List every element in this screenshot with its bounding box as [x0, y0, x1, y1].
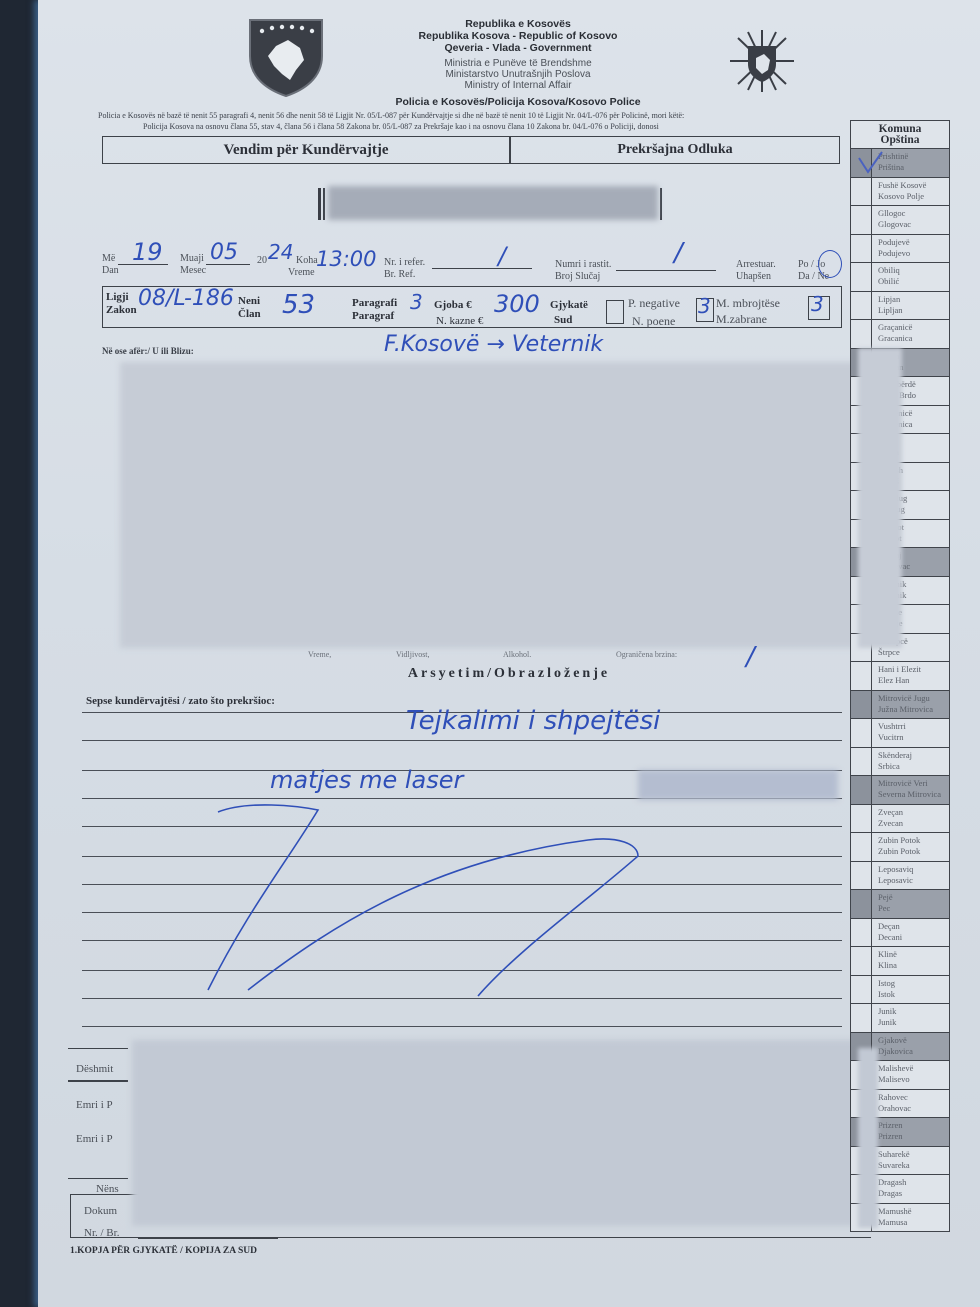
municipality-name: ZveçanZvecan — [872, 805, 903, 833]
visibility-label: Vidljivost, — [396, 650, 430, 660]
barcode-redacted — [318, 184, 664, 222]
title-albanian: Vendim për Kundërvajtje — [103, 143, 509, 157]
paragraph-value[interactable]: 3 — [410, 290, 423, 314]
republic-name-translated: Republika Kosova - Republic of Kosovo — [368, 30, 668, 42]
arrested-no-circle — [818, 250, 842, 278]
municipality-checkbox[interactable] — [851, 1004, 872, 1032]
municipality-name: JunikJunik — [872, 1004, 896, 1032]
municipality-item[interactable]: Hani i ElezitElez Han — [851, 661, 949, 690]
weather-label: Vreme, — [308, 650, 331, 660]
police-name: Policia e Kosovës/Policija Kosova/Kosovo… — [368, 96, 668, 108]
location-value[interactable]: F.Kosovë → Veternik — [384, 332, 603, 357]
municipality-checkbox[interactable] — [851, 976, 872, 1004]
kosovo-police-badge-icon — [724, 28, 800, 94]
municipality-name: KlinëKlina — [872, 947, 897, 975]
municipality-checkbox[interactable] — [851, 748, 872, 776]
municipality-item[interactable]: PodujevëPodujevo — [851, 234, 949, 263]
municipality-checkbox[interactable] — [851, 691, 872, 719]
law-value[interactable]: 08/L-186 — [138, 286, 234, 311]
neg-points-label-sr: N. poene — [632, 316, 675, 326]
municipality-name: LipjanLipljan — [872, 292, 903, 320]
municipality-name: Mitrovicë VeriSeverna Mitrovica — [872, 776, 941, 804]
case-label-sr: Broj Slučaj — [555, 272, 600, 282]
municipality-checkbox[interactable] — [851, 776, 872, 804]
municipality-item[interactable]: LipjanLipljan — [851, 291, 949, 320]
municipality-item[interactable]: GraçanicëGracanica — [851, 319, 949, 348]
municipality-item[interactable]: Zubin PotokZubin Potok — [851, 832, 949, 861]
ministry-name-en: Ministry of Internal Affair — [368, 80, 668, 91]
day-label-sr: Dan — [102, 266, 119, 276]
redacted-municipality-column-lower — [858, 1048, 878, 1228]
municipality-name: SkënderajSrbica — [872, 748, 912, 776]
neg-points-label: P. negative — [628, 298, 680, 308]
because-label: Sepse kundërvajtësi / zato što prekršioc… — [86, 696, 275, 707]
time-label: Koha — [296, 256, 318, 266]
paragraph-label-sr: Paragraf — [352, 311, 394, 322]
municipality-name: Mitrovicë JuguJužna Mitrovica — [872, 691, 933, 719]
municipality-name: VushtrriVucitrn — [872, 719, 906, 747]
document-number-label: Nr. / Br. — [84, 1228, 119, 1238]
municipality-name: GjakovëDjakovica — [872, 1033, 913, 1061]
redacted-details — [120, 362, 900, 648]
law-label: Ligji — [106, 292, 129, 303]
month-label: Muaji — [180, 254, 204, 264]
municipality-item[interactable]: KlinëKlina — [851, 946, 949, 975]
municipality-item[interactable]: Mitrovicë JuguJužna Mitrovica — [851, 690, 949, 719]
time-value[interactable]: 13:00 — [316, 247, 377, 271]
copy-note: 1.KOPJA PËR GJYKATË / KOPIJA ZA SUD — [70, 1246, 257, 1257]
municipality-item[interactable]: PejëPec — [851, 889, 949, 918]
witness-label: Dëshmit — [76, 1064, 113, 1074]
municipality-checkbox[interactable] — [851, 178, 872, 206]
officer-name-label: Emri i P — [76, 1100, 113, 1110]
day-label: Më — [102, 254, 115, 264]
government-name: Qeveria - Vlada - Government — [368, 42, 668, 54]
document-label: Dokum — [84, 1206, 117, 1216]
time-label-sr: Vreme — [288, 268, 315, 278]
government-header: Republika e Kosovës Republika Kosova - R… — [368, 18, 668, 108]
article-label-sr: Član — [238, 309, 261, 320]
municipality-item[interactable]: VushtrriVucitrn — [851, 718, 949, 747]
neg-points-value[interactable]: 3 — [698, 294, 711, 318]
title-serbian: Prekršajna Odluka — [511, 143, 839, 157]
municipality-checkbox[interactable] — [851, 662, 872, 690]
municipality-name: PejëPec — [872, 890, 893, 918]
reason-line-2[interactable]: matjes me laser — [270, 766, 463, 794]
protect-measure-value[interactable]: 3 — [811, 292, 824, 316]
reason-line-1[interactable]: Tejkalimi i shpejtësi — [406, 706, 660, 736]
redacted-reason — [638, 770, 838, 800]
municipality-checkbox[interactable] — [851, 320, 872, 348]
municipality-item[interactable]: GllogocGlogovac — [851, 205, 949, 234]
ministry-name-sr: Ministarstvo Unutrašnjih Poslova — [368, 69, 668, 80]
municipality-name: GllogocGlogovac — [872, 206, 911, 234]
year-value[interactable]: 24 — [268, 240, 293, 264]
arrested-label: Arrestuar. — [736, 260, 776, 270]
law-label-sr: Zakon — [106, 305, 137, 316]
ministry-name: Ministria e Punëve të Brendshme — [368, 58, 668, 69]
year-prefix: 20 — [257, 256, 267, 266]
court-label-sr: Sud — [554, 315, 572, 326]
municipality-item[interactable]: IstogIstok — [851, 975, 949, 1004]
municipality-checkbox[interactable] — [851, 235, 872, 263]
reasoning-heading: Arsyetim/Obrazloženje — [38, 666, 980, 682]
kosovo-coat-of-arms-icon — [246, 16, 326, 98]
ref-label-sr: Br. Ref. — [384, 270, 415, 280]
fine-value[interactable]: 300 — [494, 290, 540, 318]
municipality-checkbox[interactable] — [851, 947, 872, 975]
paragraph-label: Paragrafi — [352, 298, 397, 309]
redacted-signatures — [132, 1040, 872, 1226]
municipality-name: Zubin PotokZubin Potok — [872, 833, 920, 861]
municipality-checkbox[interactable] — [851, 206, 872, 234]
municipality-header: Komuna Opština — [851, 121, 949, 148]
municipality-item[interactable]: ZveçanZvecan — [851, 804, 949, 833]
municipality-checkbox[interactable] — [851, 805, 872, 833]
republic-name: Republika e Kosovës — [368, 18, 668, 30]
ref-label: Nr. i refer. — [384, 258, 425, 268]
municipality-name: Fushë KosovëKosovo Polje — [872, 178, 926, 206]
municipality-name: Hani i ElezitElez Han — [872, 662, 921, 690]
title-box: Vendim për Kundërvajtje Prekršajna Odluk… — [102, 136, 840, 164]
municipality-item[interactable]: LeposaviqLeposavic — [851, 861, 949, 890]
case-value[interactable]: / — [674, 238, 683, 268]
municipality-name: GraçanicëGracanica — [872, 320, 912, 348]
article-value[interactable]: 53 — [282, 290, 315, 320]
legal-basis-serbian: Policija Kosova na osnovu člana 55, stav… — [143, 122, 863, 132]
ref-value[interactable]: / — [498, 242, 506, 270]
redacted-municipality-column — [858, 348, 902, 648]
municipality-item[interactable]: Fushë KosovëKosovo Polje — [851, 177, 949, 206]
municipality-checkbox[interactable] — [851, 719, 872, 747]
municipality-checkbox[interactable] — [851, 833, 872, 861]
fine-label: Gjoba € — [434, 300, 472, 311]
municipality-checkbox[interactable] — [851, 919, 872, 947]
location-label: Në ose afër:/ U ili Blizu: — [102, 346, 194, 356]
legal-basis-albanian: Policia e Kosovës në bazë të nenit 55 pa… — [98, 111, 858, 121]
protect-measure-label: M. mbrojtëse — [716, 298, 780, 308]
alcohol-label: Alkohol. — [503, 650, 531, 660]
article-label: Neni — [238, 296, 260, 307]
month-value[interactable]: 05 — [210, 240, 238, 265]
municipality-checkbox[interactable] — [851, 292, 872, 320]
municipality-item[interactable]: SkënderajSrbica — [851, 747, 949, 776]
arrested-label-sr: Uhapšen — [736, 272, 771, 282]
municipality-checkbox[interactable] — [851, 263, 872, 291]
case-label: Numri i rastit. — [555, 260, 611, 270]
signature-label: Nëns — [96, 1184, 119, 1194]
citation-form: Republika e Kosovës Republika Kosova - R… — [38, 0, 980, 1307]
municipality-name: PodujevëPodujevo — [872, 235, 910, 263]
protect-measure-label-sr: M.zabrane — [716, 314, 767, 324]
municipality-name: DeçanDecani — [872, 919, 902, 947]
checkmark-icon — [856, 148, 886, 178]
municipality-item[interactable]: DeçanDecani — [851, 918, 949, 947]
municipality-name: IstogIstok — [872, 976, 895, 1004]
speed-limit-label: Ograničena brzina: — [616, 650, 677, 660]
municipality-name: MalishevëMalisevo — [872, 1061, 913, 1089]
municipality-item[interactable]: JunikJunik — [851, 1003, 949, 1032]
municipality-checkbox[interactable] — [851, 890, 872, 918]
court-label: Gjykatë — [550, 300, 588, 311]
day-value[interactable]: 19 — [132, 238, 163, 266]
municipality-name: ObiliqObilić — [872, 263, 900, 291]
municipality-checkbox[interactable] — [851, 862, 872, 890]
offender-name-label: Emri i P — [76, 1134, 113, 1144]
court-checkbox[interactable] — [606, 300, 624, 324]
municipality-item[interactable]: ObiliqObilić — [851, 262, 949, 291]
strike-through-mark — [188, 800, 658, 1000]
municipality-item[interactable]: Mitrovicë VeriSeverna Mitrovica — [851, 775, 949, 804]
month-label-sr: Mesec — [180, 266, 206, 276]
municipality-name: LeposaviqLeposavic — [872, 862, 913, 890]
fine-label-sr: N. kazne € — [436, 316, 483, 327]
